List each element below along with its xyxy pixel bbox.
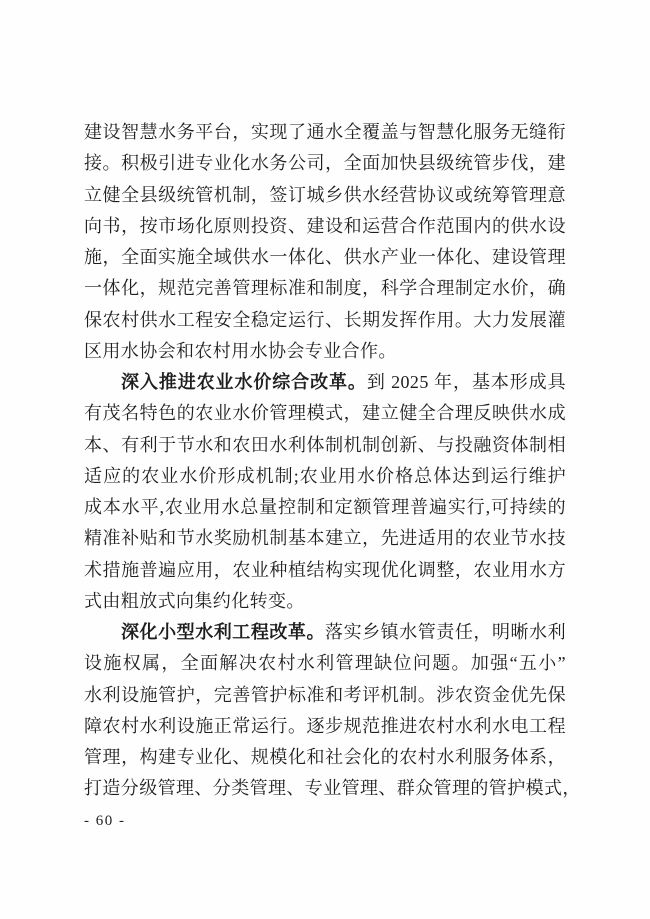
line-text: 接。积极引进专业化水务公司，全面加快县级统管步伐，建 bbox=[84, 153, 566, 173]
paragraph-lead: 深化小型水利工程改革。 bbox=[121, 622, 325, 642]
line-text: 建设智慧水务平台，实现了通水全覆盖与智慧化服务无缝衔 bbox=[84, 122, 566, 142]
text-line: 保农村供水工程安全稳定运行、长期发挥作用。大力发展灌 bbox=[84, 305, 566, 336]
text-line: 本、有利于节水和农田水利体制机制创新、与投融资体制相 bbox=[84, 430, 566, 461]
text-line: 式由粗放式向集约化转变。 bbox=[84, 586, 566, 617]
line-text: 术措施普遍应用，农业种植结构实现优化调整，农业用水方 bbox=[84, 560, 566, 580]
line-text: 成本水平,农业用水总量控制和定额管理普遍实行,可持续的 bbox=[84, 497, 566, 517]
document-page: 建设智慧水务平台，实现了通水全覆盖与智慧化服务无缝衔 接。积极引进专业化水务公司… bbox=[0, 0, 650, 919]
text-line: 建设智慧水务平台，实现了通水全覆盖与智慧化服务无缝衔 bbox=[84, 117, 566, 148]
line-text: 保农村供水工程安全稳定运行、长期发挥作用。大力发展灌 bbox=[84, 310, 566, 330]
text-line: 立健全县级统管机制，签订城乡供水经营协议或统筹管理意 bbox=[84, 180, 566, 211]
text-line: 设施权属，全面解决农村水利管理缺位问题。加强“五小” bbox=[84, 648, 566, 679]
line-text: 本、有利于节水和农田水利体制机制创新、与投融资体制相 bbox=[84, 435, 566, 455]
line-text: 区用水协会和农村用水协会专业合作。 bbox=[84, 341, 397, 361]
line-text: 落实乡镇水管责任，明晰水利 bbox=[325, 622, 566, 642]
line-text: 立健全县级统管机制，签订城乡供水经营协议或统筹管理意 bbox=[84, 185, 566, 205]
text-line: 障农村水利设施正常运行。逐步规范推进农村水利水电工程 bbox=[84, 711, 566, 742]
text-line: 接。积极引进专业化水务公司，全面加快县级统管步伐，建 bbox=[84, 148, 566, 179]
line-text: 式由粗放式向集约化转变。 bbox=[84, 591, 305, 611]
line-text: 施，全面实施全域供水一体化、供水产业一体化、建设管理 bbox=[84, 247, 566, 267]
line-text: 有茂名特色的农业水价管理模式，建立健全合理反映供水成 bbox=[84, 403, 566, 423]
line-text: 一体化，规范完善管理标准和制度，科学合理制定水价，确 bbox=[84, 278, 566, 298]
document-body: 建设智慧水务平台，实现了通水全覆盖与智慧化服务无缝衔 接。积极引进专业化水务公司… bbox=[84, 117, 566, 805]
line-text: 设施权属，全面解决农村水利管理缺位问题。加强“五小” bbox=[84, 653, 566, 673]
text-line: 深化小型水利工程改革。落实乡镇水管责任，明晰水利 bbox=[84, 617, 566, 648]
line-text: 适应的农业水价形成机制;农业用水价格总体达到运行维护 bbox=[84, 466, 566, 486]
page-number: - 60 - bbox=[84, 810, 126, 832]
paragraph-lead: 深入推进农业水价综合改革。 bbox=[121, 372, 367, 392]
text-line: 打造分级管理、分类管理、专业管理、群众管理的管护模式， bbox=[84, 773, 566, 804]
line-text: 打造分级管理、分类管理、专业管理、群众管理的管护模式， bbox=[84, 778, 581, 798]
text-line: 施，全面实施全域供水一体化、供水产业一体化、建设管理 bbox=[84, 242, 566, 273]
text-line: 水利设施管护，完善管护标准和考评机制。涉农资金优先保 bbox=[84, 680, 566, 711]
line-text: 向书，按市场化原则投资、建设和运营合作范围内的供水设 bbox=[84, 216, 566, 236]
line-text: 精准补贴和节水奖励机制基本建立，先进适用的农业节水技 bbox=[84, 528, 566, 548]
line-text: 管理，构建专业化、规模化和社会化的农村水利服务体系， bbox=[84, 747, 566, 767]
text-line: 术措施普遍应用，农业种植结构实现优化调整，农业用水方 bbox=[84, 555, 566, 586]
line-text: 障农村水利设施正常运行。逐步规范推进农村水利水电工程 bbox=[84, 716, 566, 736]
text-line: 一体化，规范完善管理标准和制度，科学合理制定水价，确 bbox=[84, 273, 566, 304]
line-text: 到 2025 年，基本形成具 bbox=[367, 372, 566, 392]
line-text: 水利设施管护，完善管护标准和考评机制。涉农资金优先保 bbox=[84, 685, 566, 705]
text-line: 有茂名特色的农业水价管理模式，建立健全合理反映供水成 bbox=[84, 398, 566, 429]
text-line: 深入推进农业水价综合改革。到 2025 年，基本形成具 bbox=[84, 367, 566, 398]
text-line: 成本水平,农业用水总量控制和定额管理普遍实行,可持续的 bbox=[84, 492, 566, 523]
text-line: 精准补贴和节水奖励机制基本建立，先进适用的农业节水技 bbox=[84, 523, 566, 554]
text-line: 区用水协会和农村用水协会专业合作。 bbox=[84, 336, 566, 367]
text-line: 向书，按市场化原则投资、建设和运营合作范围内的供水设 bbox=[84, 211, 566, 242]
text-line: 管理，构建专业化、规模化和社会化的农村水利服务体系， bbox=[84, 742, 566, 773]
text-line: 适应的农业水价形成机制;农业用水价格总体达到运行维护 bbox=[84, 461, 566, 492]
